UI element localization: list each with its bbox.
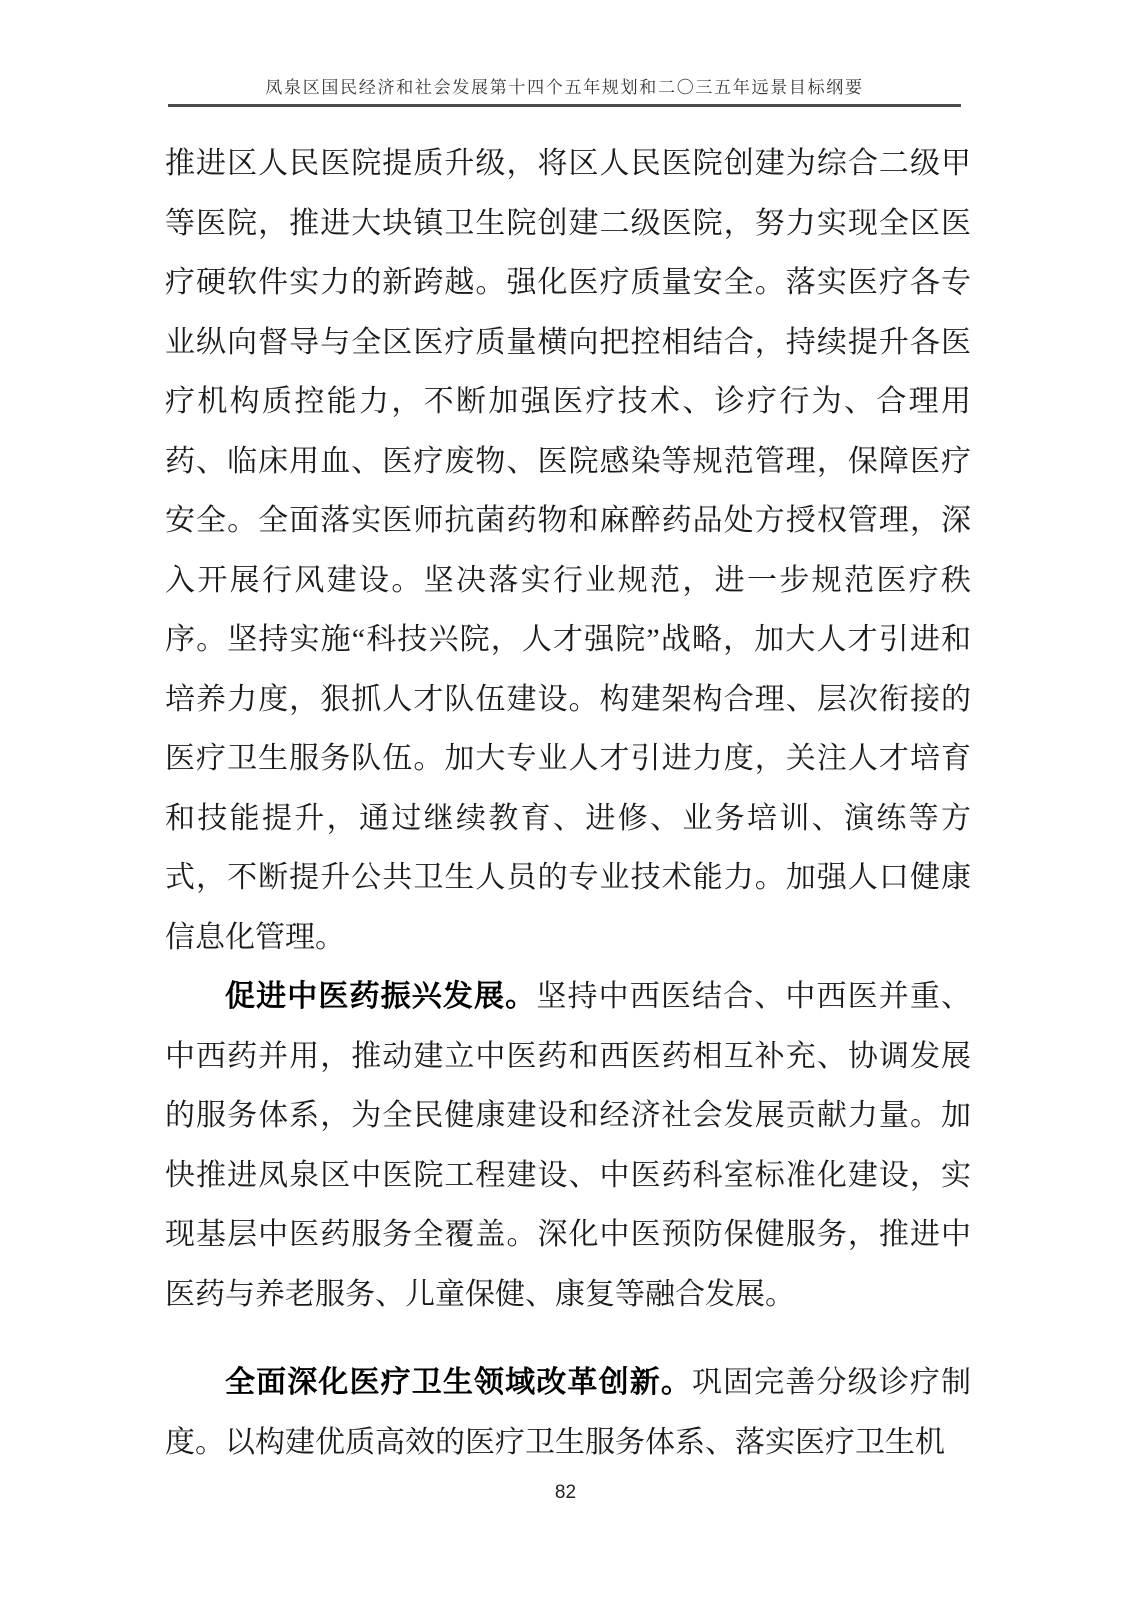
paragraph-lead-bold: 促进中医药振兴发展。 [225, 980, 536, 1013]
page-footer: 82 [0, 1482, 1131, 1504]
paragraph-lead-bold: 全面深化医疗卫生领域改革创新。 [225, 1366, 692, 1399]
paragraph: 推进区人民医院提质升级，将区人民医院创建为综合二级甲等医院，推进大块镇卫生院创建… [165, 134, 971, 967]
paragraph-text: 推进区人民医院提质升级，将区人民医院创建为综合二级甲等医院，推进大块镇卫生院创建… [165, 147, 971, 954]
page-header: 凤泉区国民经济和社会发展第十四个五年规划和二〇三五年远景目标纲要 [168, 78, 961, 107]
paragraph: 促进中医药振兴发展。坚持中西医结合、中西医并重、中西药并用，推动建立中医药和西医… [165, 967, 971, 1324]
paragraph: 全面深化医疗卫生领域改革创新。巩固完善分级诊疗制度。以构建优质高效的医疗卫生服务… [165, 1353, 971, 1472]
header-title: 凤泉区国民经济和社会发展第十四个五年规划和二〇三五年远景目标纲要 [168, 78, 961, 104]
document-body: 推进区人民医院提质升级，将区人民医院创建为综合二级甲等医院，推进大块镇卫生院创建… [165, 134, 971, 1472]
paragraph-text: 坚持中西医结合、中西医并重、中西药并用，推动建立中医药和西医药相互补充、协调发展… [165, 980, 971, 1311]
page-number: 82 [555, 1482, 576, 1503]
header-rule [168, 104, 961, 107]
document-page: 凤泉区国民经济和社会发展第十四个五年规划和二〇三五年远景目标纲要 推进区人民医院… [0, 0, 1131, 1600]
